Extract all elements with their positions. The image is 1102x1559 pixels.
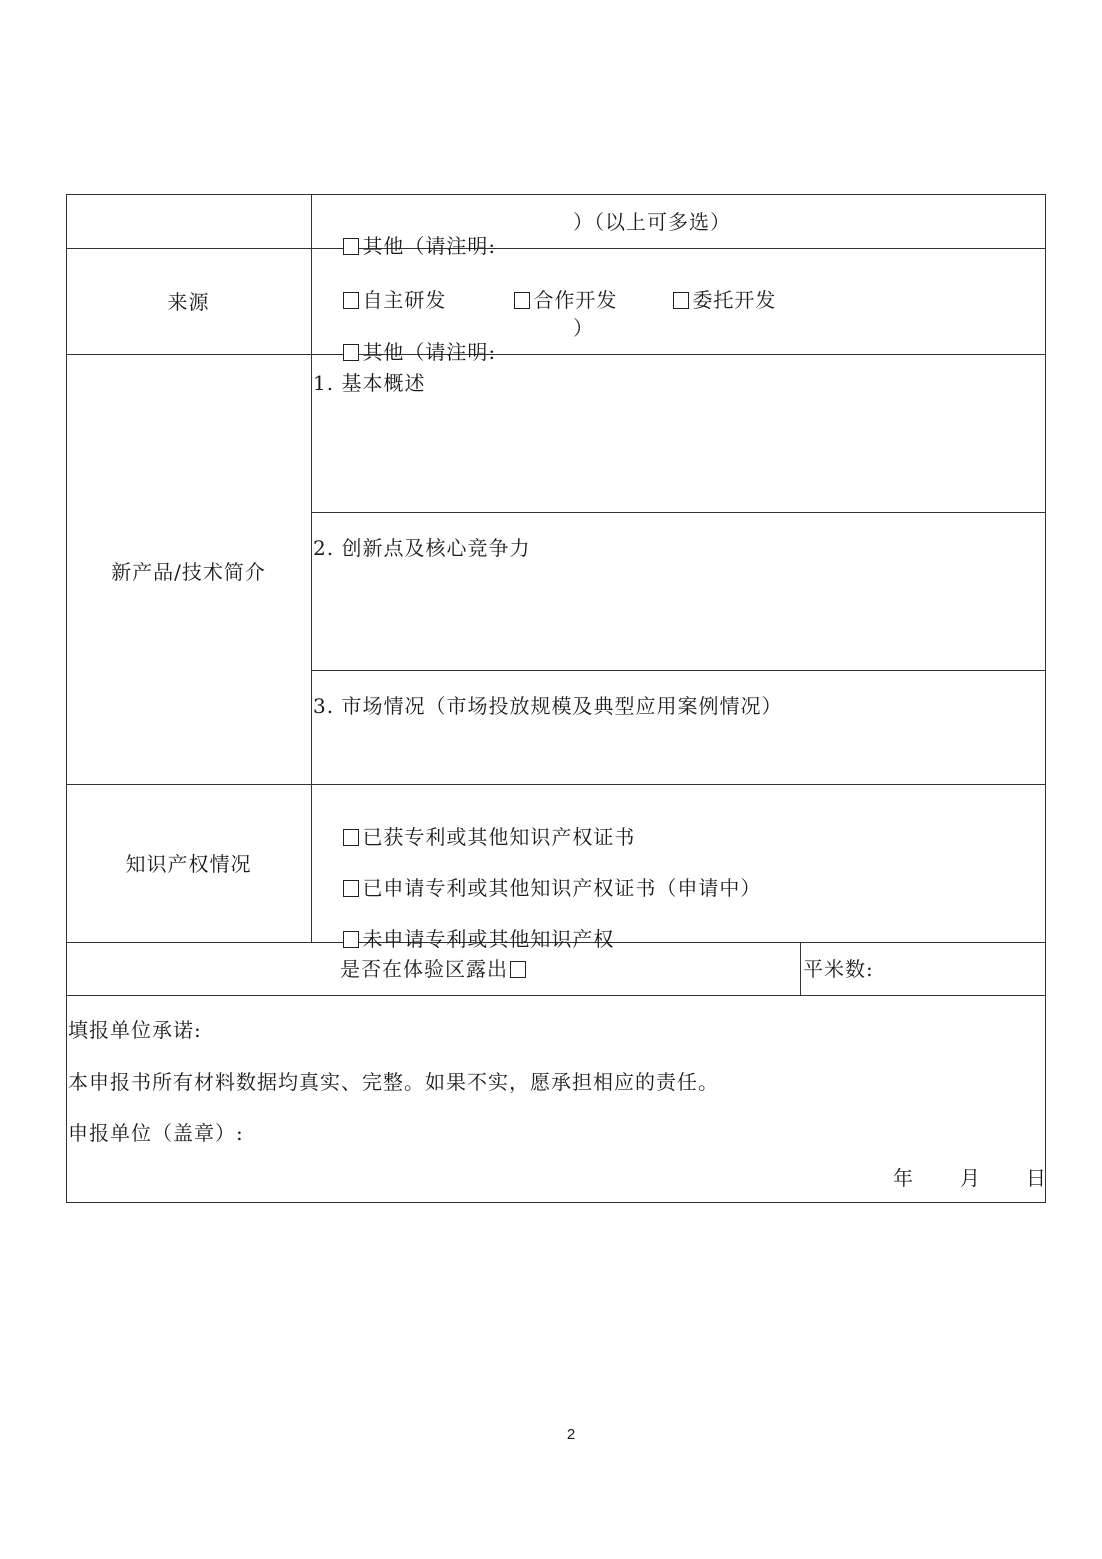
document-page: 其他（请注明: ）（以上可多选） 来源 自主研发 合作开发 委托开发 其他（请注… [0,0,1102,1559]
column-divider [800,943,801,996]
other-option-close: ）（以上可多选） [573,210,731,234]
date-year: 年 [893,1166,914,1190]
ip-pending-checkbox[interactable] [343,880,359,897]
date-month: 月 [960,1166,981,1190]
ip-pending-label: 已申请专利或其他知识产权证书（申请中） [362,876,761,900]
cooperative-checkbox[interactable] [514,292,530,309]
source-other-checkbox[interactable] [343,344,359,361]
row-divider [67,248,1045,249]
area-label: 平米数: [803,957,874,981]
self-developed-label: 自主研发 [362,288,446,312]
row-divider [67,784,1045,785]
date-day: 日 [1026,1166,1047,1190]
ip-label: 知识产权情况 [66,852,311,876]
exposure-question-label: 是否在体验区露出 [340,957,508,981]
commissioned-label: 委托开发 [692,288,776,312]
source-option-commissioned: 委托开发 [644,264,776,336]
page-number: 2 [561,1426,581,1443]
row-divider [67,995,1045,996]
commissioned-checkbox[interactable] [673,292,689,309]
column-divider [311,195,312,943]
intro-section-overview[interactable]: 1. 基本概述 [313,371,425,395]
other-option-label: 其他（请注明: [362,234,496,258]
subrow-divider [312,512,1045,513]
cooperative-label: 合作开发 [533,288,617,312]
seal-label[interactable]: 申报单位（盖章）: [68,1121,244,1145]
ip-obtained-label: 已获专利或其他知识产权证书 [362,825,635,849]
intro-section-market[interactable]: 3. 市场情况（市场投放规模及典型应用案例情况） [313,694,782,718]
row-divider [67,354,1045,355]
ip-none-label: 未申请专利或其他知识产权 [362,927,614,951]
other-checkbox[interactable] [343,238,359,255]
commitment-statement: 本申报书所有材料数据均真实、完整。如果不实，愿承担相应的责任。 [68,1070,719,1094]
ip-obtained-checkbox[interactable] [343,829,359,846]
self-developed-checkbox[interactable] [343,292,359,309]
source-option-coop: 合作开发 [485,264,617,336]
intro-label: 新产品/技术简介 [66,560,311,584]
commitment-title: 填报单位承诺: [68,1018,202,1042]
intro-section-innovation[interactable]: 2. 创新点及核心竞争力 [313,536,530,560]
source-other-label: 其他（请注明: [362,340,496,364]
source-label: 来源 [66,290,311,314]
exposure-checkbox[interactable] [510,961,526,978]
exposure-question: 是否在体验区露出 [66,957,800,981]
ip-none-checkbox[interactable] [343,931,359,948]
subrow-divider [312,670,1045,671]
source-other-close: ） [573,316,594,340]
